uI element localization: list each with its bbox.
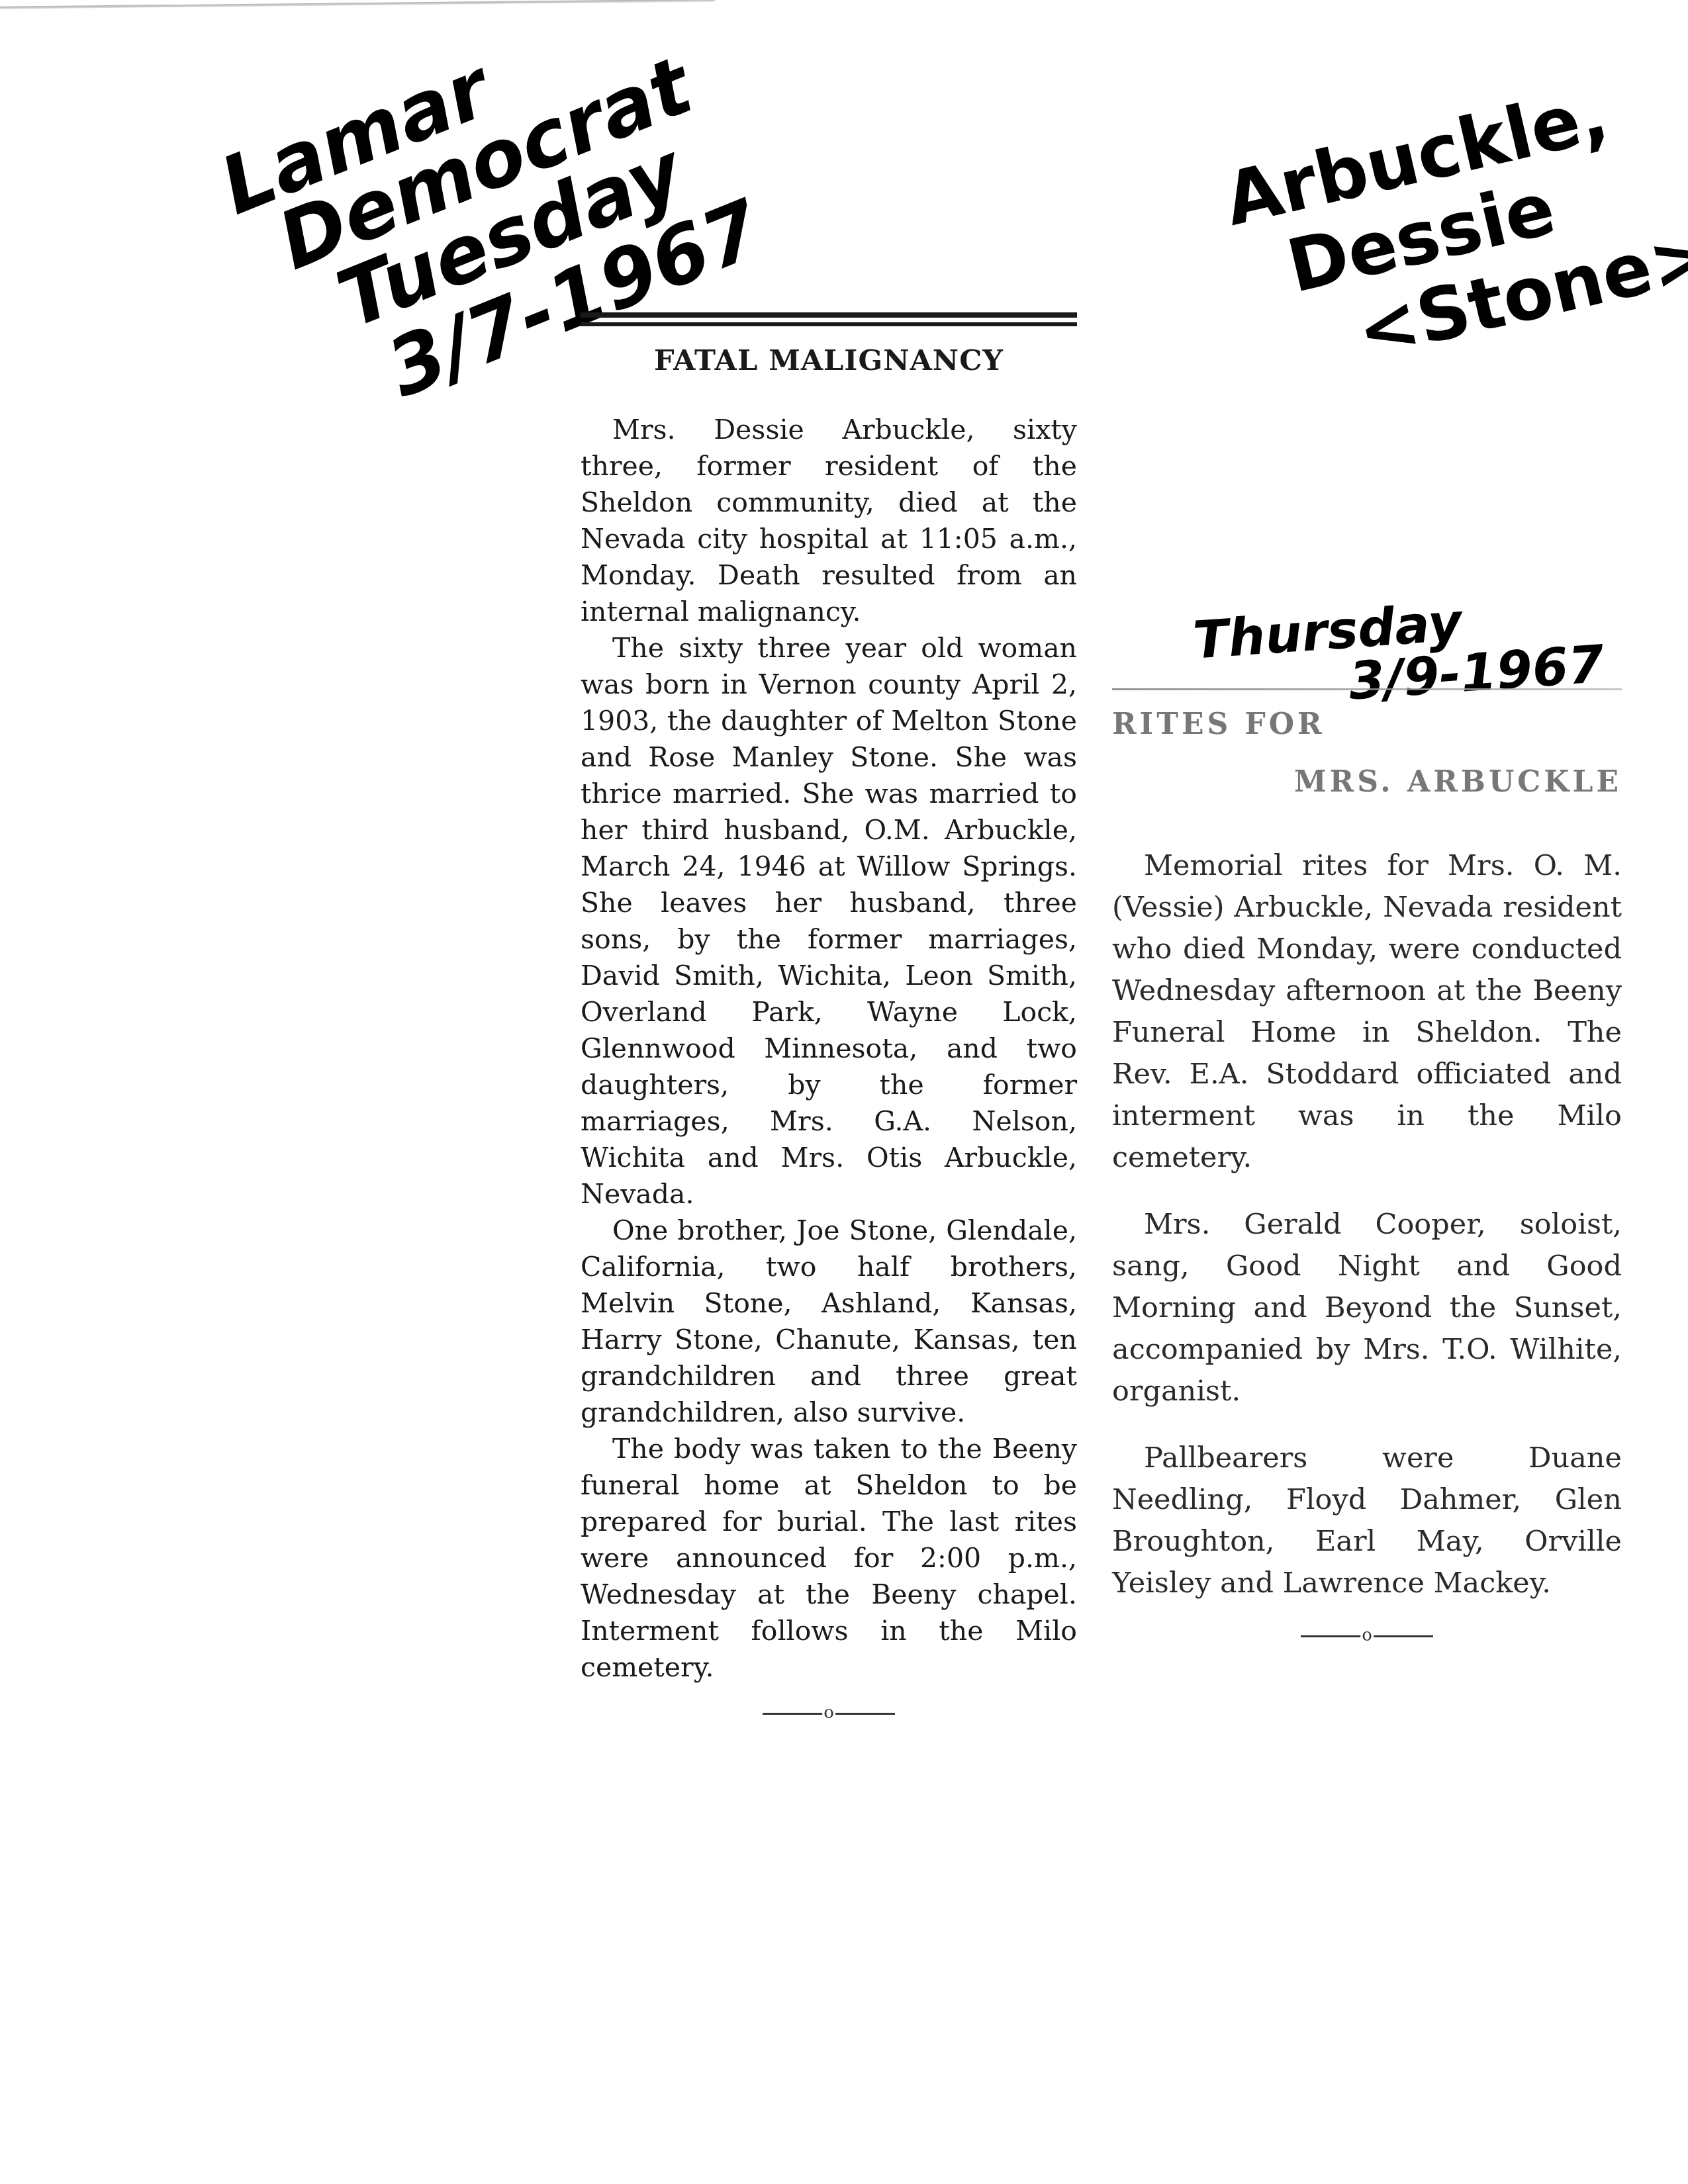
rites-article: RITES FOR MRS. ARBUCKLE Memorial rites f… xyxy=(1112,688,1622,1643)
obituary-article: FATAL MALIGNANCY Mrs. Dessie Arbuckle, s… xyxy=(581,312,1077,1720)
end-mark: o xyxy=(822,1703,835,1723)
article-paragraph: The sixty three year old woman was born … xyxy=(581,630,1077,1212)
article-paragraph: Memorial rites for Mrs. O. M. (Vessie) A… xyxy=(1112,845,1622,1179)
article-paragraph: Mrs. Gerald Cooper, soloist, sang, Good … xyxy=(1112,1204,1622,1412)
end-separator: o xyxy=(763,1707,895,1720)
end-separator: o xyxy=(1301,1629,1433,1643)
article-paragraph: One brother, Joe Stone, Glendale, Califo… xyxy=(581,1212,1077,1431)
rule-divider xyxy=(1112,688,1622,690)
article-paragraph: The body was taken to the Beeny funeral … xyxy=(581,1431,1077,1686)
article-headline: FATAL MALIGNANCY xyxy=(581,344,1077,377)
double-rule-divider xyxy=(581,312,1077,330)
article-headline-line1: RITES FOR xyxy=(1112,707,1622,741)
article-paragraph: Pallbearers were Duane Needling, Floyd D… xyxy=(1112,1437,1622,1604)
handwritten-name-note: Arbuckle, Dessie <Stone> xyxy=(1218,62,1688,391)
end-mark: o xyxy=(1360,1625,1374,1645)
article-paragraph: Mrs. Dessie Arbuckle, sixty three, forme… xyxy=(581,412,1077,630)
article-body: Memorial rites for Mrs. O. M. (Vessie) A… xyxy=(1112,845,1622,1604)
article-body: Mrs. Dessie Arbuckle, sixty three, forme… xyxy=(581,412,1077,1686)
article-headline-line2: MRS. ARBUCKLE xyxy=(1112,765,1622,799)
